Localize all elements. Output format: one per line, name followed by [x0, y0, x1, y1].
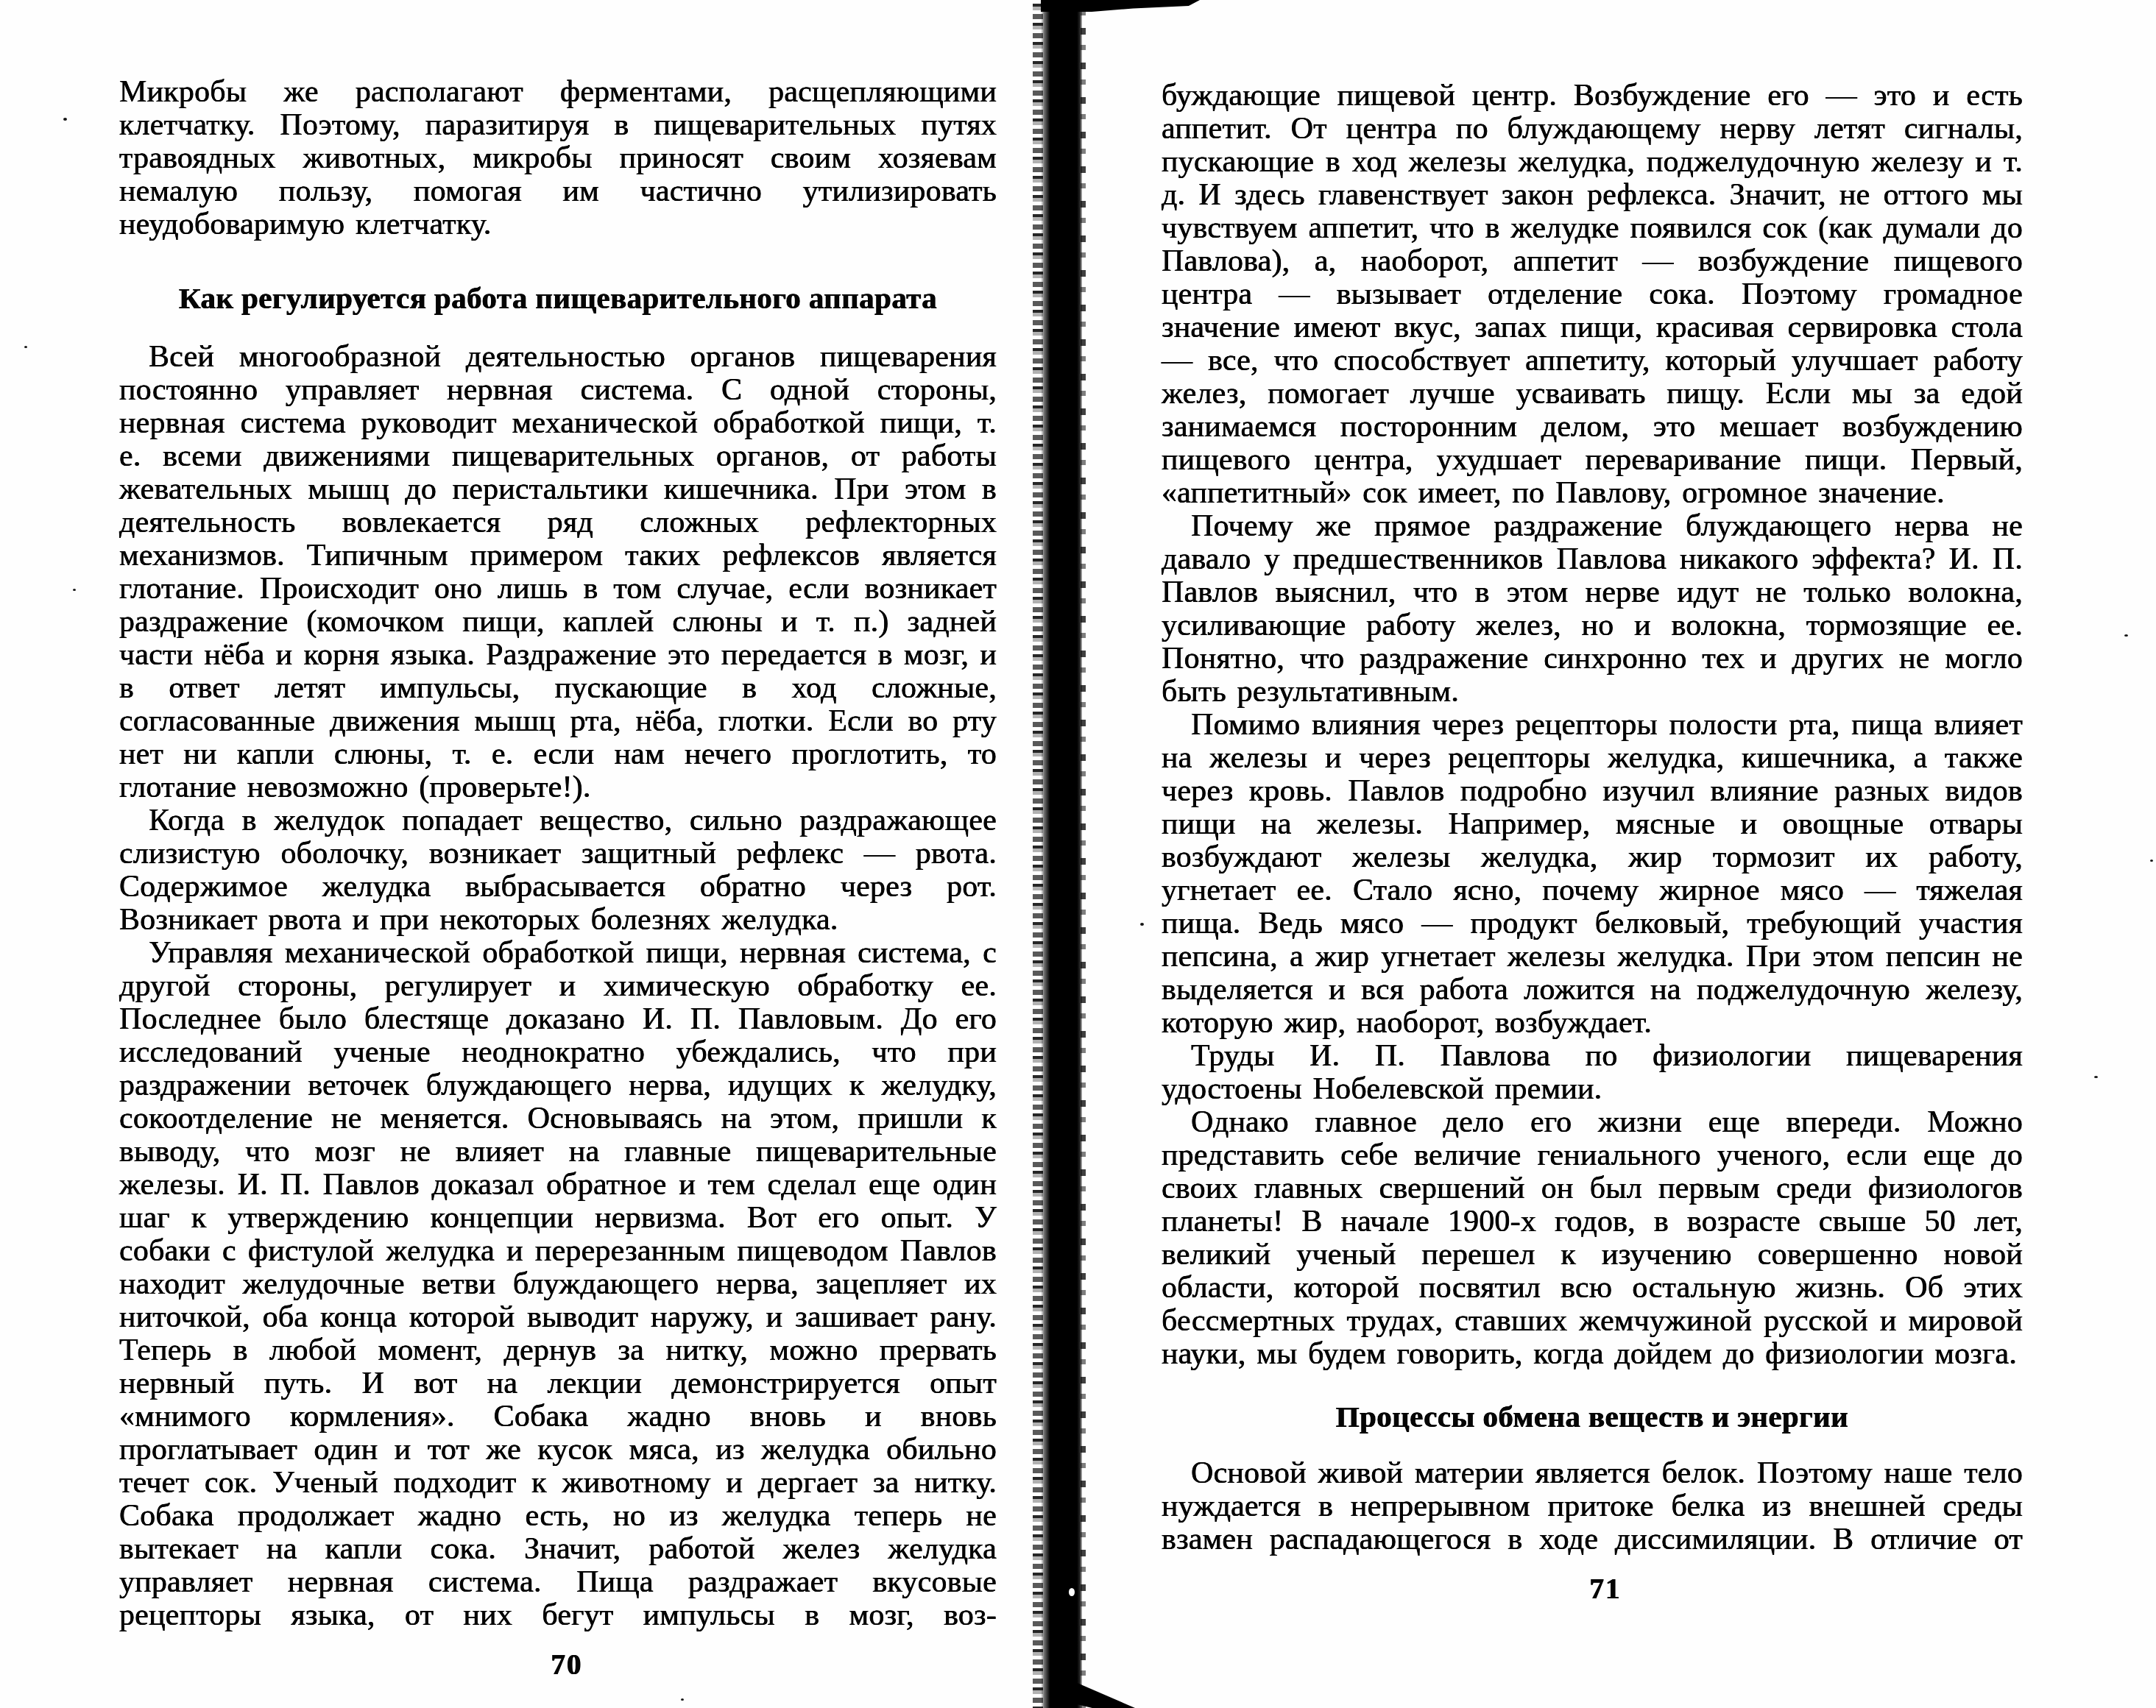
text-paragraph: Управляя механической обработкой пищи, н… [119, 937, 997, 1632]
text-paragraph: Всей многообразной деятельностью органов… [119, 341, 997, 804]
page-number: 71 [1175, 1573, 2036, 1606]
gutter-white-nick [1069, 1588, 1075, 1596]
scanned-book-spread: Микробы же располагают ферментами, расще… [0, 0, 2156, 1708]
ink-speck [2094, 1076, 2098, 1078]
ink-speck [1140, 923, 1144, 926]
text-paragraph: Почему же прямое раздражение блуждающего… [1162, 510, 2023, 709]
page-71: буждающие пищевой центр. Возбуждение его… [1162, 79, 2023, 1606]
text-paragraph: Микробы же располагают ферментами, расще… [119, 76, 997, 241]
text-paragraph: Основой живой материи является белок. По… [1162, 1457, 2023, 1556]
ink-speck [24, 346, 27, 348]
ink-speck [2124, 634, 2128, 637]
gutter-top-smudge [1041, 0, 1200, 12]
section-heading: Как регулируется работа пищеварительного… [119, 282, 997, 315]
ink-speck [63, 118, 67, 121]
page-70: Микробы же располагают ферментами, расще… [119, 76, 997, 1682]
text-paragraph: Однако главное дело его жизни еще вперед… [1162, 1106, 2023, 1371]
text-paragraph: буждающие пищевой центр. Возбуждение его… [1162, 79, 2023, 510]
section-heading: Процессы обмена веществ и энергии [1162, 1400, 2023, 1434]
text-paragraph: Когда в желудок попадает вещество, сильн… [119, 804, 997, 937]
text-paragraph: Помимо влияния через рецепторы полости р… [1162, 709, 2023, 1040]
page-number: 70 [128, 1648, 1005, 1682]
text-paragraph: Труды И. П. Павлова по физиологии пищева… [1162, 1040, 2023, 1106]
ink-speck [681, 1698, 684, 1701]
binding-gutter [1041, 0, 1082, 1708]
ink-speck [2150, 860, 2153, 862]
ink-speck [73, 589, 76, 591]
